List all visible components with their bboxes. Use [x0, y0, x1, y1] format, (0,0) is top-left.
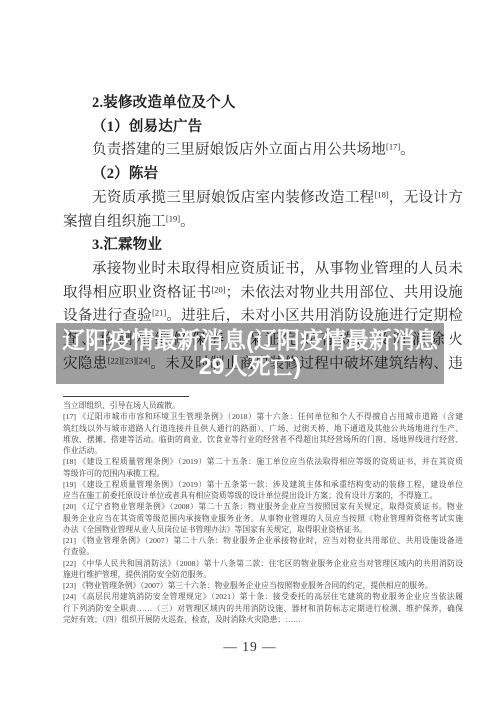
footnote-line: [22] 《中华人民共和国消防法》（2008）第十八条第二款：住宅区的物业服务企…	[63, 558, 463, 569]
footnote-ref: [19]	[166, 213, 180, 223]
footnote-line: 办法《全国物业管理从业人员岗位证书管理办法》等国家有关规定，取得职业资格证书。	[63, 524, 463, 535]
footnotes-block: 当立即组织、引导在场人员疏散。[17] 《辽阳市城市市容和环境卫生管理条例》（2…	[63, 400, 463, 625]
body-line: （2）陈岩	[63, 163, 463, 187]
footnote-line: 当立即组织、引导在场人员疏散。	[63, 400, 463, 411]
footnote-line: [17] 《辽阳市城市市容和环境卫生管理条例》（2018）第十六条：任何单位和个…	[63, 411, 463, 422]
footnote-ref: [18]	[374, 189, 388, 199]
footnote-line: [19] 《建设工程质量管理条例》（2019）第十五条第一款：涉及建筑主体和承重…	[63, 479, 463, 490]
headline-line-2: 29人死亡)	[199, 354, 301, 380]
body-line: 无资质承揽三里厨娘饭店室内装修改造工程[18]，无设计方	[63, 187, 463, 211]
footnote-line: [23] 《物业管理条例》（2007）第三十六条：物业服务企业应当按照物业服务合…	[63, 580, 463, 591]
footnote-line: 行查验。	[63, 546, 463, 557]
body-line: 2.装修改造单位及个人	[63, 92, 463, 116]
footnote-line: [18] 《建设工程质量管理条例》（2019）第二十五条：施工单位应当依法取得相…	[63, 456, 463, 467]
body-line: 案擅自组织施工[19]。	[63, 211, 463, 235]
body-line: 承接物业时未取得相应资质证书，从事物业管理的人员未	[63, 258, 463, 282]
footnote-line: [20] 《辽宁省物业管理条例》（2008）第二十五条：物业服务企业应当按照国家…	[63, 501, 463, 512]
headline-line-1: 辽阳疫情最新消息(辽阳疫情最新消息	[62, 328, 438, 354]
headline-overlay: 辽阳疫情最新消息(辽阳疫情最新消息 29人死亡)	[56, 323, 444, 384]
page-number: — 19 —	[0, 639, 500, 655]
footnote-line: 服务企业应当在其资质等级范围内承接物业服务业务。从事物业管理的人员应当按照《物业…	[63, 513, 463, 524]
body-line: （1）创易达广告	[63, 116, 463, 140]
body-line: 负责搭建的三里厨娘饭店外立面占用公共场地[17]。	[63, 139, 463, 163]
footnote-line: 应当在施工前委托原设计单位或者具有相应资质等级的设计单位提出设计方案；没有设计方…	[63, 490, 463, 501]
footnote-line: 行下列消防安全职责……（三）对管理区域内的共用消防设施、器材和消防标志定期进行检…	[63, 603, 463, 614]
body-line: 取得相应职业资格证书[20]；未依法对物业共用部位、共用设施	[63, 282, 463, 306]
footnote-line: [24] 《高层民用建筑消防安全管理规定》（2021）第十条：接受委托的高层住宅…	[63, 591, 463, 602]
body-line: 3.汇霖物业	[63, 234, 463, 258]
footnote-line: 完好有效；（四）组织开展防火巡查、检查，及时消除火灾隐患；……	[63, 614, 463, 625]
footnote-line: 作业活动。	[63, 445, 463, 456]
scanned-document-page: 2.装修改造单位及个人（1）创易达广告负责搭建的三里厨娘饭店外立面占用公共场地[…	[0, 0, 500, 706]
footnote-line: 等级许可的范围内承揽工程。	[63, 468, 463, 479]
footnote-ref: [17]	[386, 142, 400, 152]
footnote-line: 施进行维护管理，提供消防安全防范服务。	[63, 569, 463, 580]
footnote-line: [21] 《物业管理条例》（2007）第二十八条：物业服务企业承接物业时，应当对…	[63, 535, 463, 546]
footnote-line: 筑红线以外与城市道路人行道连接并且供人通行的路面）、广场、过街天桥、地下通道及其…	[63, 423, 463, 434]
footnote-separator	[63, 396, 189, 397]
footnote-ref: [21]	[152, 308, 166, 318]
footnote-line: 堆放、摆摊、搭建等活动。临街的商业、饮食业等行业的经营者不得超出其经营场所的门窗…	[63, 434, 463, 445]
footnote-ref: [20]	[211, 284, 225, 294]
